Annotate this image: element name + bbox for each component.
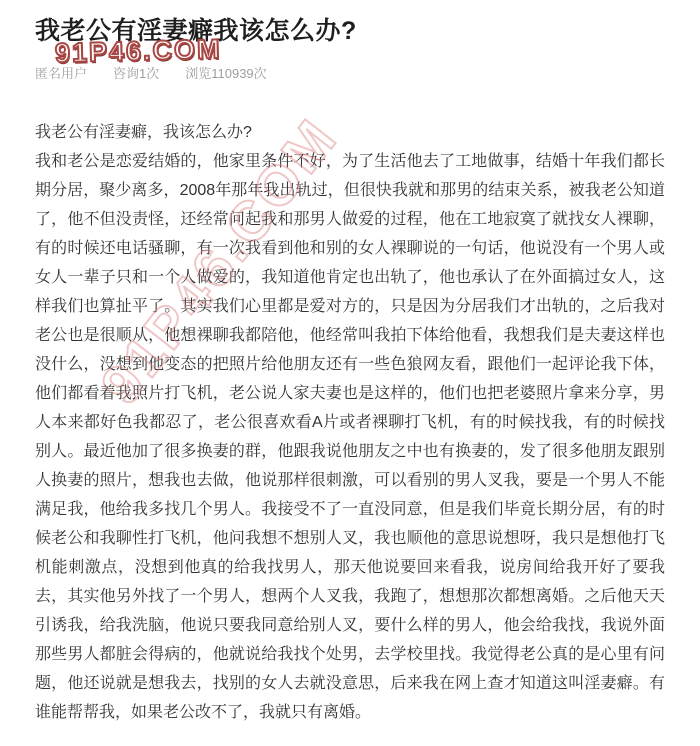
meta-view-count: 浏览110939次 (185, 63, 266, 82)
question-content: 我老公有淫妻癖，我该怎么办? 我和老公是恋爱结婚的，他家里条件不好，为了生活他去… (35, 118, 665, 727)
question-body-text: 我和老公是恋爱结婚的，他家里条件不好，为了生活他去了工地做事，结婚十年我们都长期… (35, 147, 665, 727)
meta-anonymous-user: 匿名用户 (35, 63, 87, 82)
meta-consult-count: 咨询1次 (113, 63, 159, 82)
qa-question-page: 我老公有淫妻癖我该怎么办? 91P46.COM 匿名用户 咨询1次 浏览1109… (0, 0, 700, 746)
page-title: 我老公有淫妻癖我该怎么办? (35, 0, 665, 46)
meta-row: 匿名用户 咨询1次 浏览110939次 (35, 63, 665, 82)
question-summary-line: 我老公有淫妻癖，我该怎么办? (35, 118, 665, 147)
